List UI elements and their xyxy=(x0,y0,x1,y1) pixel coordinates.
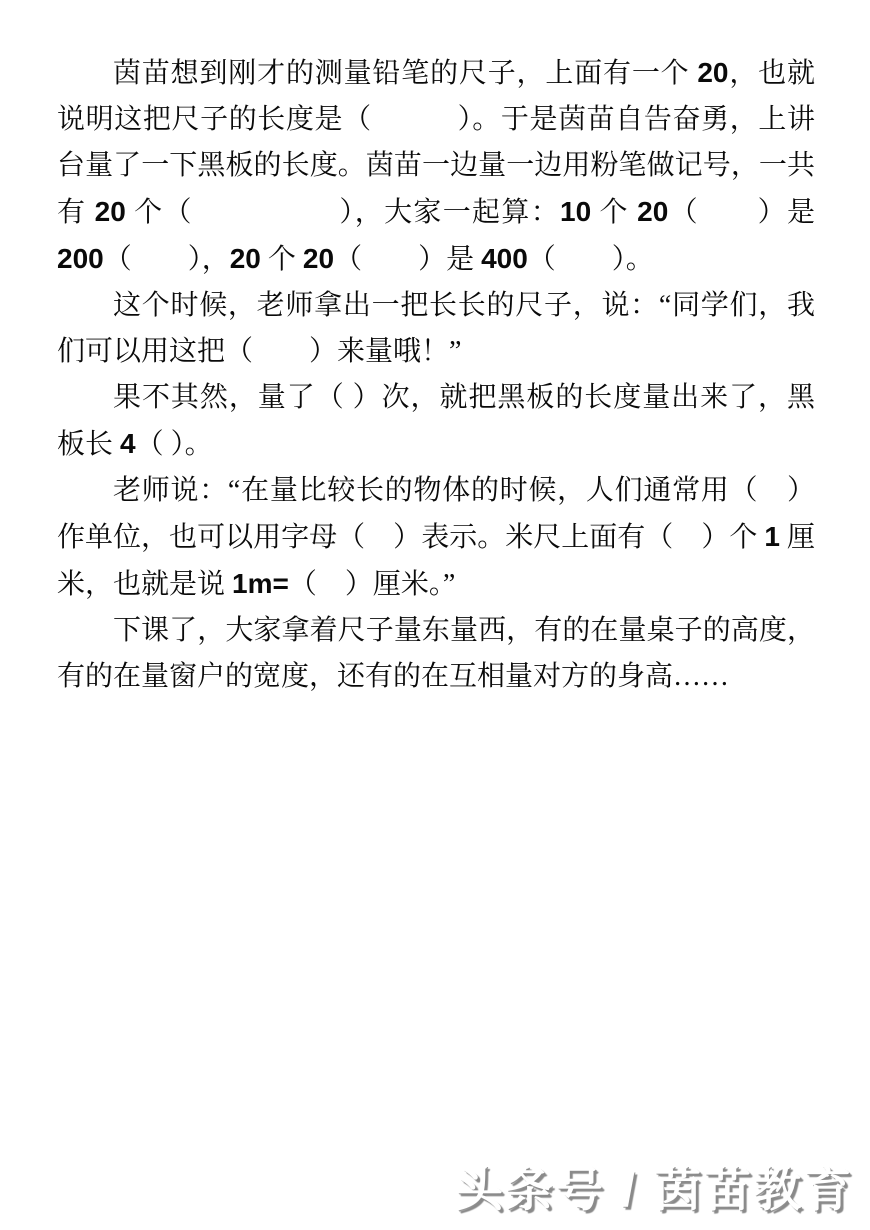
watermark: 头条号 / 茵苗教育 xyxy=(456,1153,854,1220)
document-page: 茵苗想到刚才的测量铅笔的尺子，上面有一个 20，也就说明这把尺子的长度是（ ）。… xyxy=(0,0,870,1230)
paragraph-4: 老师说：“在量比较长的物体的时候，人们通常用（ ）作单位，也可以用字母（ ）表示… xyxy=(57,468,815,608)
paragraph-3: 果不其然，量了（ ）次，就把黑板的长度量出来了，黑板长 4（ ）。 xyxy=(57,375,815,468)
paragraph-1: 茵苗想到刚才的测量铅笔的尺子，上面有一个 20，也就说明这把尺子的长度是（ ）。… xyxy=(57,50,815,283)
paragraph-2: 这个时候，老师拿出一把长长的尺子，说：“同学们，我们可以用这把（ ）来量哦！” xyxy=(57,283,815,375)
document-body: 茵苗想到刚才的测量铅笔的尺子，上面有一个 20，也就说明这把尺子的长度是（ ）。… xyxy=(57,50,815,700)
paragraph-5: 下课了，大家拿着尺子量东量西，有的在量桌子的高度，有的在量窗户的宽度，还有的在互… xyxy=(57,608,815,700)
